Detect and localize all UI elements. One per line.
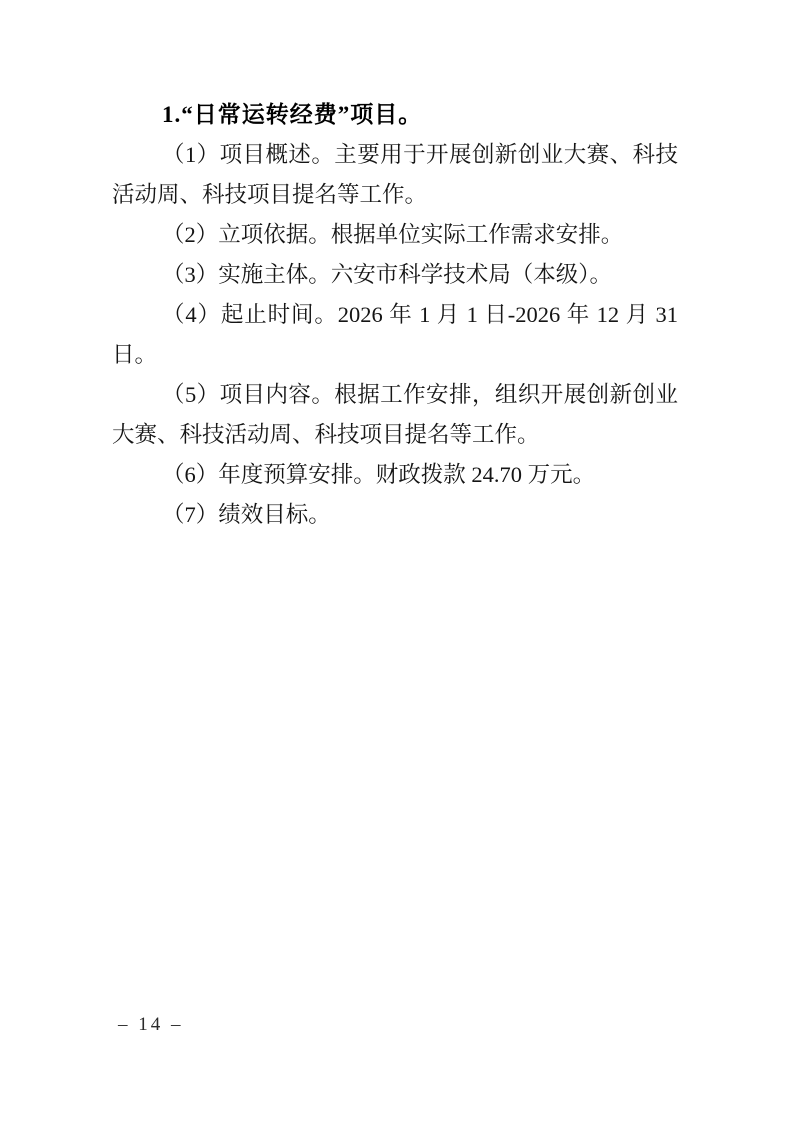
section-heading: 1.“日常运转经费”项目。 (112, 95, 678, 135)
paragraph-performance-target: （7）绩效目标。 (112, 495, 678, 535)
page-number: – 14 – (118, 1013, 184, 1037)
paragraph-project-content: （5）项目内容。根据工作安排，组织开展创新创业大赛、科技活动周、科技项目提名等工… (112, 375, 678, 455)
document-body: 1.“日常运转经费”项目。 （1）项目概述。主要用于开展创新创业大赛、科技活动周… (112, 95, 678, 535)
paragraph-annual-budget: （6）年度预算安排。财政拨款 24.70 万元。 (112, 455, 678, 495)
paragraph-time-range: （4）起止时间。2026 年 1 月 1 日-2026 年 12 月 31 日。 (112, 295, 678, 375)
paragraph-project-basis: （2）立项依据。根据单位实际工作需求安排。 (112, 215, 678, 255)
document-page: 1.“日常运转经费”项目。 （1）项目概述。主要用于开展创新创业大赛、科技活动周… (0, 0, 793, 1122)
paragraph-implementing-body: （3）实施主体。六安市科学技术局（本级）。 (112, 255, 678, 295)
paragraph-project-overview: （1）项目概述。主要用于开展创新创业大赛、科技活动周、科技项目提名等工作。 (112, 135, 678, 215)
